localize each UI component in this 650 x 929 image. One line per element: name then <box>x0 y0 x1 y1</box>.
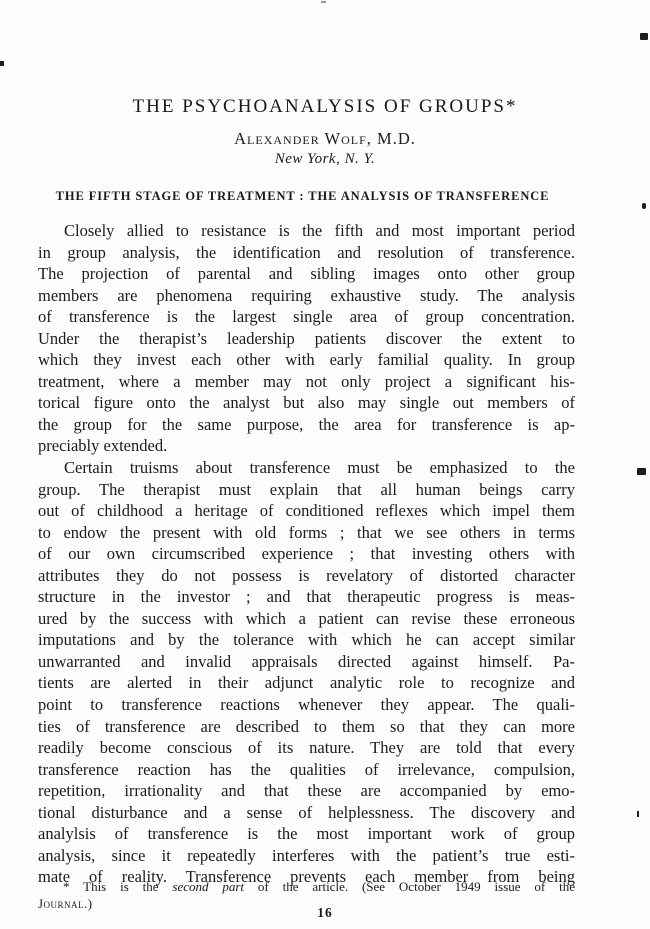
footnote-segment: second part <box>172 879 244 894</box>
text-line: treatment, where a member may not only p… <box>38 371 575 393</box>
text-line: of transference is the largest single ar… <box>38 306 575 328</box>
footnote-segment: * This is the <box>63 879 172 894</box>
author-name: Alexander Wolf, M.D. <box>0 129 650 149</box>
text-line: out of childhood a heritage of condition… <box>38 500 575 522</box>
footnote-line: * This is the second part of the article… <box>38 879 575 896</box>
text-line: of our own circumscribed experience ; th… <box>38 543 575 565</box>
section-heading: THE FIFTH STAGE OF TREATMENT : THE ANALY… <box>30 189 575 204</box>
text-line: which they invest each other with early … <box>38 349 575 371</box>
scan-speck <box>642 203 646 209</box>
text-line: members are phenomena requiring exhausti… <box>38 285 575 307</box>
scan-speck <box>640 33 648 40</box>
text-line: Closely allied to resistance is the fift… <box>38 220 575 242</box>
scan-speck <box>321 1 326 3</box>
text-line: group. The therapist must explain that a… <box>38 479 575 501</box>
paragraph: Closely allied to resistance is the fift… <box>38 220 575 457</box>
text-line: to endow the present with old forms ; th… <box>38 522 575 544</box>
text-line: point to transference reactions whenever… <box>38 694 575 716</box>
text-line: torical figure onto the analyst but also… <box>38 392 575 414</box>
text-line: readily become conscious of its nature. … <box>38 737 575 759</box>
scanned-paper-page: THE PSYCHOANALYSIS OF GROUPS* Alexander … <box>0 0 650 929</box>
scan-speck <box>0 61 4 66</box>
text-line: Certain truisms about transference must … <box>38 457 575 479</box>
text-line: tients are alerted in their adjunct anal… <box>38 672 575 694</box>
text-line: Under the therapist’s leadership patient… <box>38 328 575 350</box>
text-line: transference reaction has the qualities … <box>38 759 575 781</box>
text-line: tional disturbance and a sense of helple… <box>38 802 575 824</box>
footnote-segment: of the article. (See October 1949 issue … <box>244 879 575 894</box>
text-line: unwarranted and invalid appraisals direc… <box>38 651 575 673</box>
scan-speck <box>637 468 646 475</box>
text-line: attributes they do not possess is revela… <box>38 565 575 587</box>
text-line: ties of transference are described to th… <box>38 716 575 738</box>
text-line: repetition, irrationality and that these… <box>38 780 575 802</box>
text-line: imputations and by the tolerance with wh… <box>38 629 575 651</box>
text-line: preciably extended. <box>38 435 575 457</box>
text-line: The projection of parental and sibling i… <box>38 263 575 285</box>
text-line: ured by the success with which a patient… <box>38 608 575 630</box>
text-line: the group for the same purpose, the area… <box>38 414 575 436</box>
text-line: analylsis of transference is the most im… <box>38 823 575 845</box>
text-line: in group analysis, the identification an… <box>38 242 575 264</box>
scan-speck <box>637 811 639 817</box>
paragraph: Certain truisms about transference must … <box>38 457 575 888</box>
text-line: structure in the investor ; and that the… <box>38 586 575 608</box>
text-line: analysis, since it repeatedly interferes… <box>38 845 575 867</box>
author-location: New York, N. Y. <box>0 151 650 168</box>
body-text: Closely allied to resistance is the fift… <box>38 220 575 888</box>
article-title: THE PSYCHOANALYSIS OF GROUPS* <box>0 96 650 118</box>
page-number: 16 <box>0 905 650 921</box>
